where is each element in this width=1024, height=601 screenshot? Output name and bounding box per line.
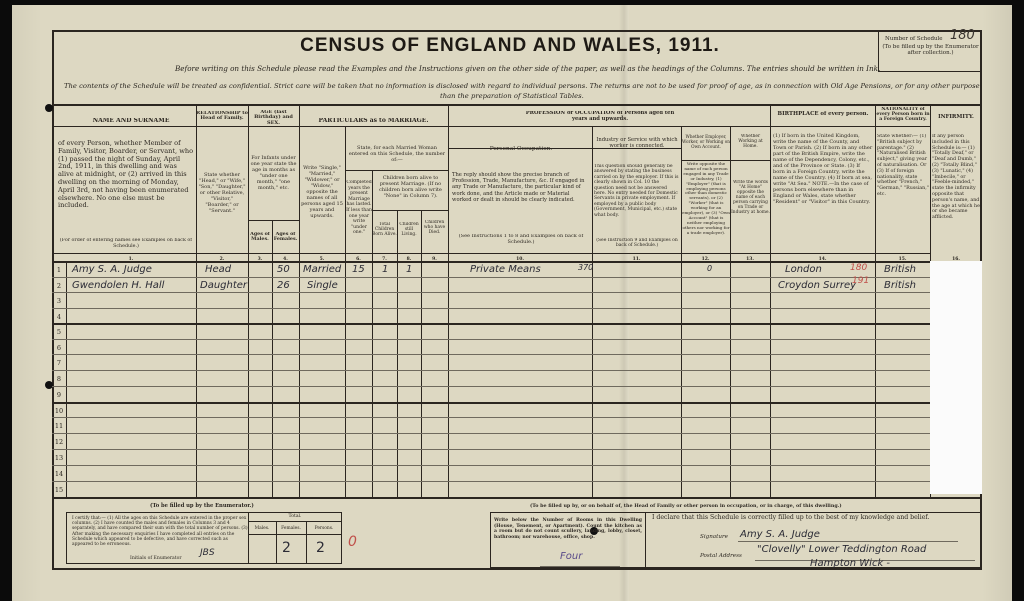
header-marriage-state: State, for each Married Woman entered on… [347, 145, 447, 163]
sub-rule [248, 220, 299, 221]
females-label: Females. [276, 526, 306, 532]
col-line [875, 104, 876, 497]
signature-line [738, 541, 958, 542]
page-title: CENSUS OF ENGLAND AND WALES, 1911. [200, 35, 820, 57]
sub-rule [681, 160, 770, 161]
row-rule [52, 308, 930, 309]
col-number: 9. [421, 257, 448, 262]
header-birthplace-body: (1) If born in the United Kingdom, write… [773, 133, 873, 205]
males-label: Males. [248, 526, 276, 532]
col-number: 3. [248, 257, 272, 262]
col-number: 14. [770, 257, 875, 262]
person-relationship[interactable]: Head [205, 264, 231, 275]
persons-label: Persons. [306, 526, 342, 532]
table-bottom-rule [52, 497, 982, 499]
col-number: 6. [345, 257, 372, 262]
header-nationality-body: State whether:— (1) "British subject by … [877, 134, 929, 198]
row-rule [52, 292, 930, 293]
header-relationship-body: State whether "Head," or "Wife," "Son," … [197, 172, 247, 214]
header-marriage-children: Children born alive to present Marriage.… [373, 175, 448, 199]
birthplace-code: 180 [850, 263, 867, 273]
householder-heading: (To be filled up by, or on behalf of, th… [530, 503, 842, 509]
row-rule [52, 465, 930, 466]
person-years-married[interactable]: 15 [352, 264, 365, 275]
header-age-body: For Infants under one year state the age… [249, 155, 298, 191]
totals-rule [248, 521, 342, 522]
rooms-instruction: Write below the Number of Rooms in this … [494, 518, 642, 540]
householder-divider [645, 512, 646, 568]
row-number: 13 [54, 454, 64, 462]
declaration: I declare that this Schedule is correctl… [652, 515, 929, 521]
row-number: 9 [54, 391, 64, 399]
birthplace-code: 191 [852, 276, 869, 286]
header-personal-occupation-foot: (See Instructions 1 to 8 and Examples on… [452, 234, 590, 245]
row-number: 8 [54, 375, 64, 383]
person-name[interactable]: Amy S. A. Judge [72, 264, 152, 275]
header-relationship: RELATIONSHIP to Head of Family. [196, 111, 248, 122]
header-personal-occupation-body: The reply should show the precise branch… [452, 172, 590, 203]
row-rule [52, 417, 930, 418]
header-bottom-rule [52, 253, 930, 254]
person-birthplace[interactable]: Croydon Surrey [778, 280, 856, 291]
header-marriage-write: Write "Single," "Married," "Widower," or… [300, 165, 344, 219]
col-number: 15. [875, 257, 930, 262]
row-rule [52, 323, 930, 325]
person-marital[interactable]: Married [303, 264, 341, 275]
row-number: 14 [54, 470, 64, 478]
person-children-total[interactable]: 1 [382, 264, 388, 275]
enumerator-certification: I certify that:— (1) All the ages on thi… [72, 516, 248, 547]
header-children-died: Children who have Died. [421, 220, 448, 235]
person-name[interactable]: Gwendolen H. Hall [72, 280, 164, 291]
header-infirmity: INFIRMITY. [931, 114, 981, 121]
row-number: 10 [54, 407, 64, 415]
enumerator-heading: (To be filled up by the Enumerator.) [150, 503, 254, 509]
person-nationality[interactable]: British [884, 264, 916, 275]
col-number: 2. [196, 257, 248, 262]
col-number: 8. [397, 257, 421, 262]
totals-rule [248, 534, 342, 535]
person-relationship[interactable]: Daughter [200, 280, 247, 291]
header-age-males: Ages of Males. [248, 232, 272, 242]
col-line [770, 104, 771, 497]
person-occupation[interactable]: Private Means [470, 264, 541, 275]
header-age: AGE (last Birthday) and SEX. [248, 110, 299, 126]
col-line [196, 104, 197, 497]
person-children-living[interactable]: 1 [406, 264, 412, 275]
signature[interactable]: Amy S. A. Judge [740, 529, 820, 540]
confidential-note: The contents of the Schedule will be tre… [64, 82, 980, 90]
header-marriage-completed: Completed years the present Marriage has… [346, 180, 372, 236]
header-children-living: Children still Living. [397, 222, 421, 237]
postal-address-line1[interactable]: "Clovelly" Lower Teddington Road [757, 544, 926, 555]
row-number: 1 [54, 266, 64, 274]
row-number: 4 [54, 313, 64, 321]
person-age-female[interactable]: 26 [277, 280, 290, 291]
header-title-rule [52, 126, 930, 127]
header-personal-occupation: Personal Occupation. [450, 146, 592, 153]
col-number: 1. [66, 257, 196, 262]
row-rule [52, 402, 930, 404]
occupation-code: 370 [578, 263, 593, 272]
instruction-note: Before writing on this Schedule please r… [175, 64, 880, 73]
address-label: Postal Address [700, 553, 742, 559]
header-children-total: Total Children Born Alive. [372, 222, 397, 237]
rooms-line [540, 566, 620, 567]
person-age-female[interactable]: 50 [277, 264, 290, 275]
header-marriage: PARTICULARS as to MARRIAGE. [299, 118, 448, 125]
header-name: NAME AND SURNAME [66, 118, 196, 125]
header-industry-body: This question should generally be answer… [594, 164, 680, 218]
col-line [592, 126, 593, 497]
person-birthplace[interactable]: London [785, 264, 822, 275]
header-name-body: of every Person, whether Member of Famil… [58, 140, 194, 210]
enumerator-initials-label: Initials of Enumerator [130, 556, 182, 562]
header-nationality: NATIONALITY of every Person born in a Fo… [876, 107, 930, 122]
red-check-mark: 0 [348, 534, 357, 550]
sub-rule [345, 170, 448, 171]
row-rule [52, 481, 930, 482]
postal-address-line2[interactable]: Hampton Wick - [810, 558, 890, 569]
col-number: 4. [272, 257, 299, 262]
header-employer-body: Write opposite the name of each person e… [682, 162, 730, 236]
header-birthplace: BIRTHPLACE of every person. [771, 111, 875, 117]
col-line [448, 104, 449, 497]
header-name-footnote: (For order of entering names see Example… [58, 238, 194, 249]
total-persons[interactable]: 2 [316, 540, 325, 556]
row-number: 15 [54, 486, 64, 494]
person-nationality[interactable]: British [884, 280, 916, 291]
row-rule [52, 433, 930, 434]
enumerator-initials[interactable]: JBS [200, 548, 215, 558]
header-employer: Whether Employer, Worker, or Working on … [682, 134, 730, 149]
col-number: 12. [681, 257, 730, 262]
row-number: 5 [54, 328, 64, 336]
row-number: 12 [54, 438, 64, 446]
row-number: 3 [54, 297, 64, 305]
header-infirmity-body: If any person included in this Schedule … [932, 134, 980, 221]
col-number: 5. [299, 257, 345, 262]
row-number: 7 [54, 359, 64, 367]
schedule-number[interactable]: 180 [950, 28, 975, 43]
signature-label: Signature [700, 534, 728, 540]
header-top-rule [52, 104, 982, 106]
header-occupation: PROFESSION or OCCUPATION of Persons aged… [520, 111, 680, 123]
redaction-patch [930, 261, 982, 494]
col-number: 13. [730, 257, 770, 262]
col-number: 7. [372, 257, 397, 262]
row-rule [52, 277, 930, 278]
totals-label: Total. [248, 514, 342, 520]
row-number: 2 [54, 282, 64, 290]
row-number: 6 [54, 344, 64, 352]
row-number: 11 [54, 422, 64, 430]
punch-hole [45, 381, 53, 389]
header-age-females: Ages of Females. [272, 232, 299, 242]
confidential-note-2: than the preparation of Statistical Tabl… [440, 92, 584, 100]
row-rule [52, 354, 930, 355]
sub-rule [372, 210, 448, 211]
row-rule [52, 370, 930, 371]
row-rule [52, 339, 930, 340]
header-industry: Industry or Service with which worker is… [594, 137, 680, 149]
header-industry-foot: (See Instruction 9 and Examples on back … [594, 238, 680, 248]
total-females[interactable]: 2 [282, 540, 291, 556]
col-number: 11. [592, 257, 681, 262]
schedule-number-note: (To be filled up by the Enumerator after… [879, 44, 982, 56]
col-line [299, 104, 300, 497]
person-employer-status[interactable]: 0 [707, 264, 712, 273]
header-home-body: Write the words "At Home" opposite the n… [731, 180, 770, 215]
person-marital[interactable]: Single [307, 280, 338, 291]
row-rule [52, 386, 930, 387]
col-number: 10. [448, 257, 592, 262]
header-home: Whether Working at Home. [731, 134, 770, 149]
row-rule [52, 449, 930, 450]
col-line [372, 170, 373, 497]
rooms-count[interactable]: Four [560, 551, 582, 562]
col-line [66, 261, 67, 497]
